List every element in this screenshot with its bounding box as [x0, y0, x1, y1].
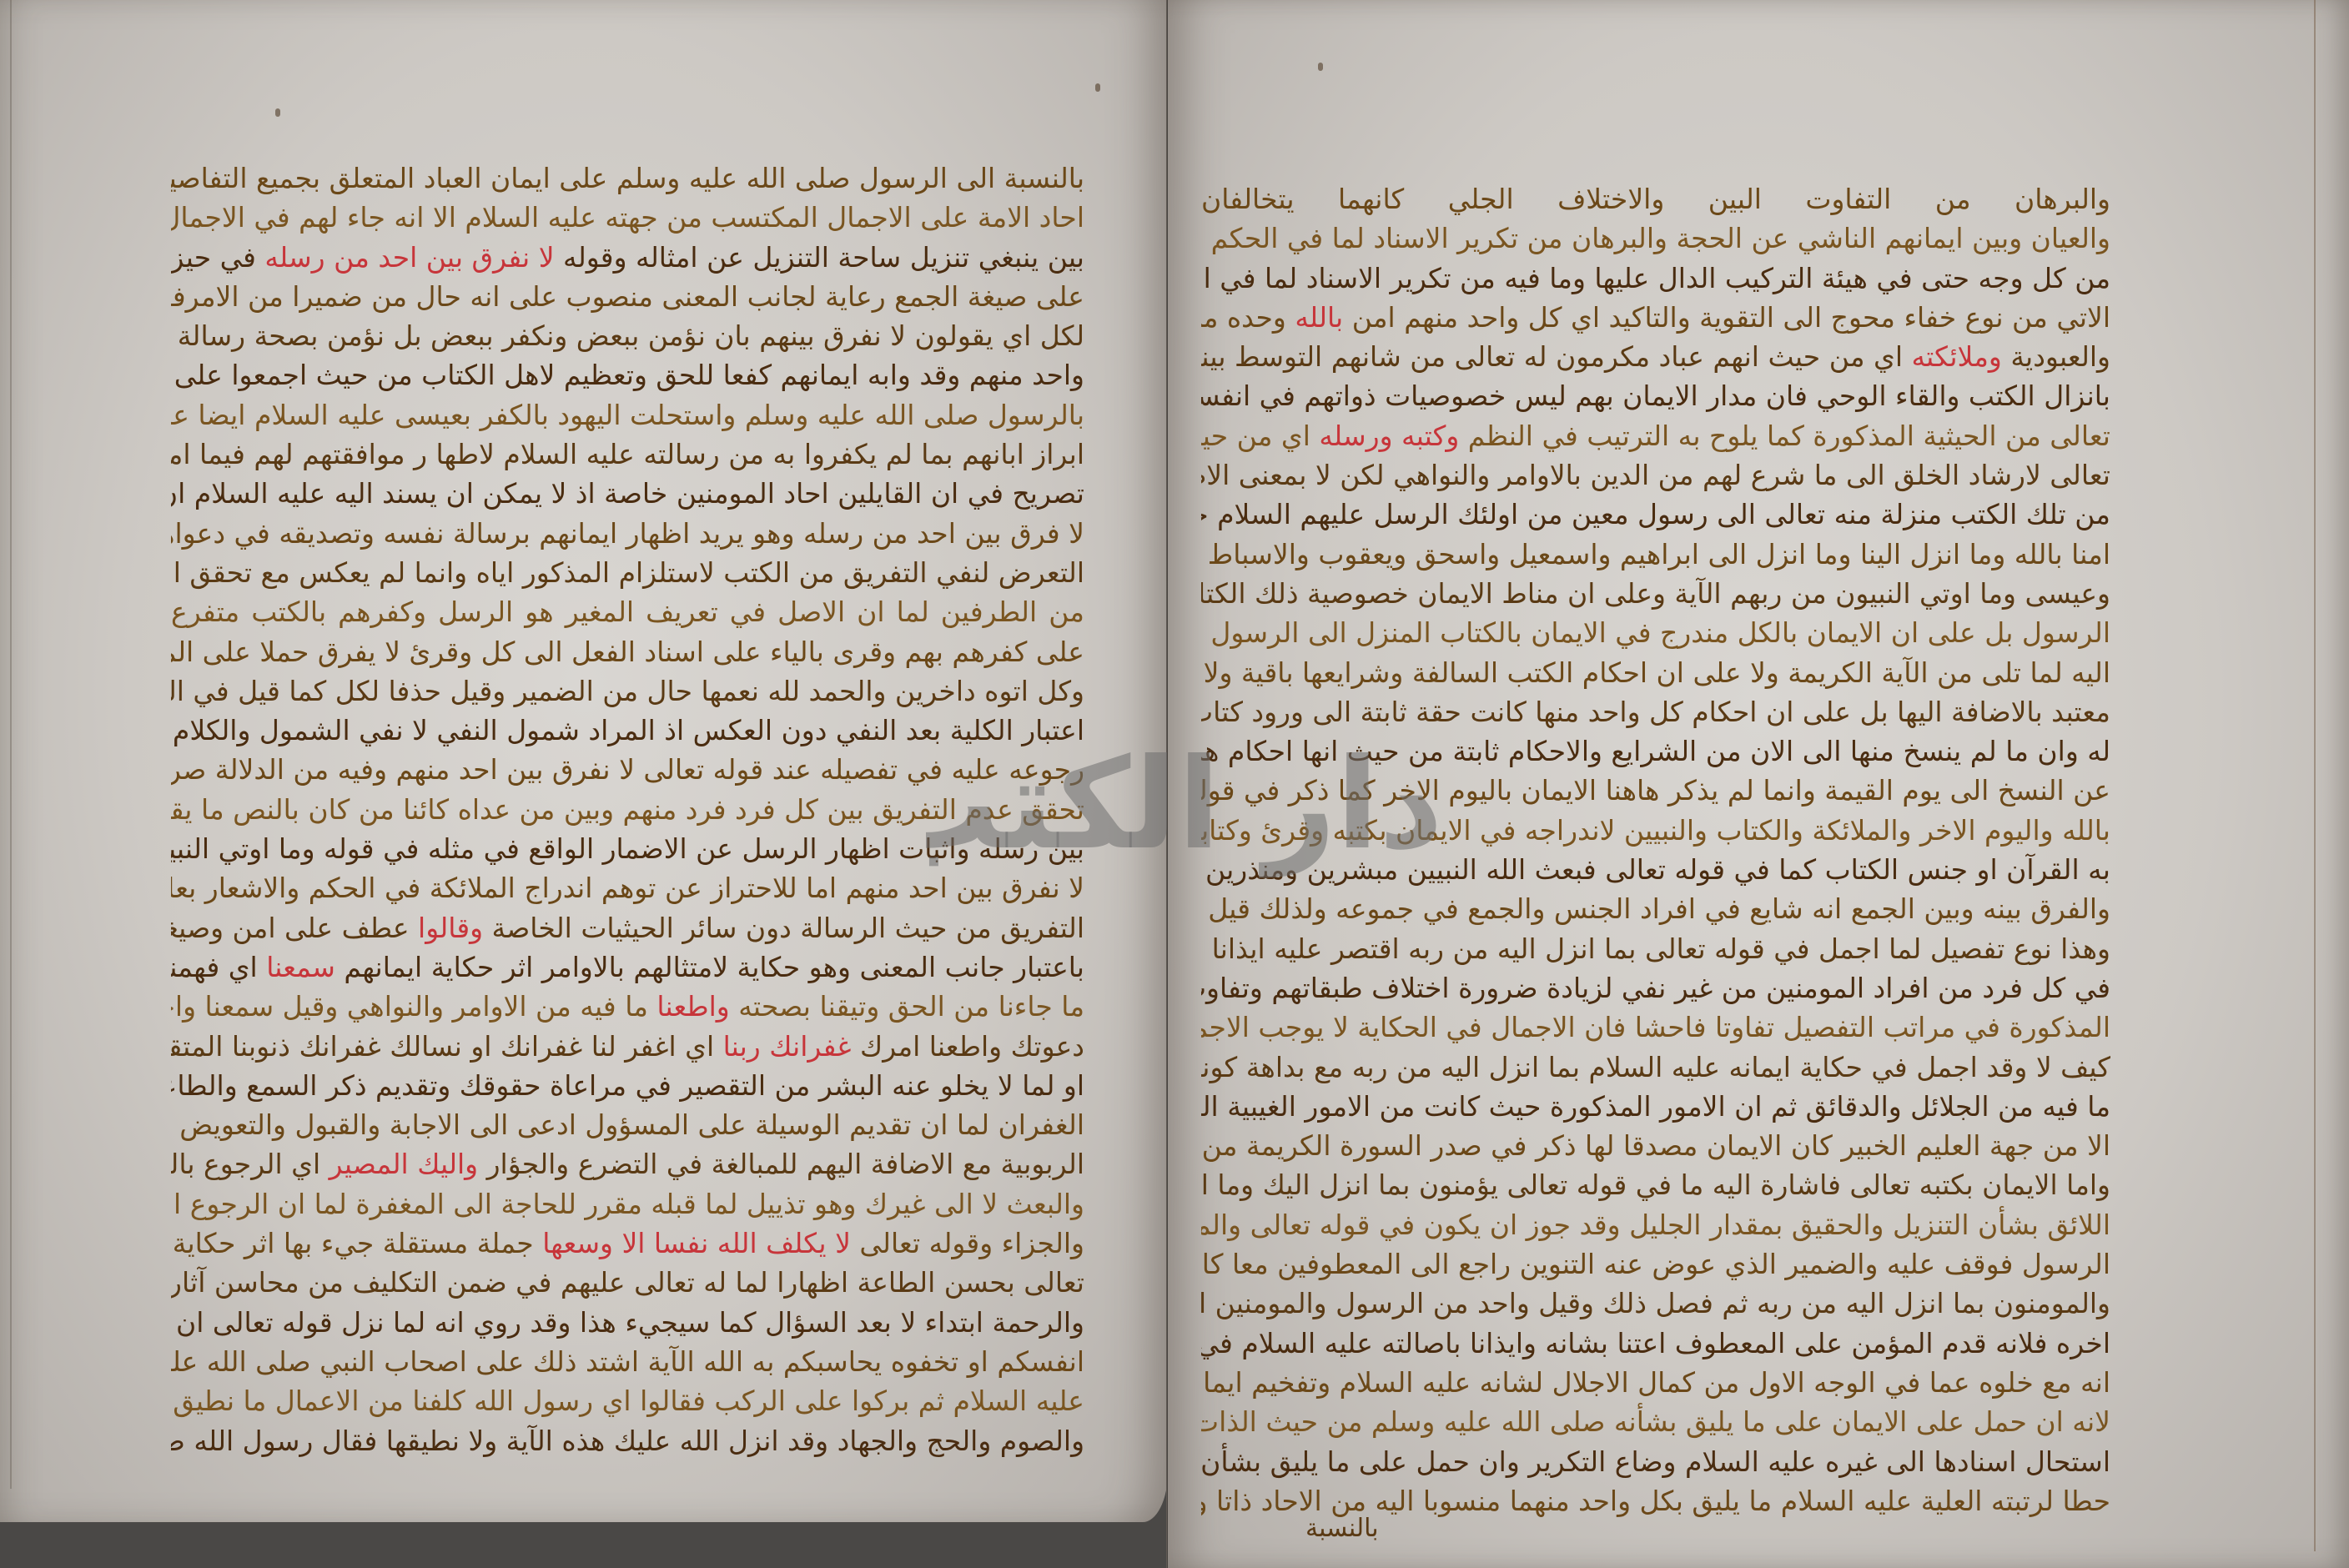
rubricated-text: واليك المصير [320, 1148, 478, 1180]
manuscript-line: باعتبار جانب المعنى وهو حكاية لامتثالهم … [171, 947, 1084, 987]
line-text: باعتبار جانب المعنى وهو حكاية لامتثالهم … [335, 951, 1084, 983]
manuscript-line: على صيغة الجمع رعاية لجانب المعنى منصوب … [171, 277, 1084, 316]
manuscript-line: وكل اتوه داخرين والحمد لله نعمها حال من … [171, 671, 1084, 711]
line-text: والصوم والحج والجهاد وقد انزل الله عليك … [171, 1425, 1084, 1457]
manuscript-line: والبرهان من التفاوت البين والاختلاف الجل… [1201, 179, 2110, 219]
line-text: لكل اي يقولون لا نفرق بينهم بان نؤمن ببع… [171, 319, 1084, 352]
manuscript-line: الربوبية مع الاضافة اليهم للمبالغة في ال… [171, 1144, 1084, 1184]
line-text: بالرسول صلى الله عليه وسلم واستحلت اليهو… [171, 399, 1084, 431]
manuscript-line: والعبودية وملائكته اي من حيث انهم عباد م… [1201, 337, 2110, 376]
line-text: انفسكم او تخفوه يحاسبكم به الله الآية اش… [171, 1345, 1084, 1378]
manuscript-line: اليه لما تلى من الآية الكريمة ولا على ان… [1201, 653, 2110, 692]
line-text: اخره فلانه قدم المؤمن على المعطوف اعتنا … [1201, 1327, 2110, 1359]
line-text-after: اي فهمنا [171, 951, 258, 983]
line-text: الغفران لما ان تقديم الوسيلة على المسؤول… [171, 1108, 1084, 1141]
line-text-after: جملة مستقلة جيء بها اثر حكاية تلقيهم لتك… [171, 1227, 534, 1259]
manuscript-line: انه مع خلوه عما في الوجه الاول من كمال ا… [1201, 1363, 2110, 1402]
manuscript-line: او لما لا يخلو عنه البشر من التقصير في م… [171, 1066, 1084, 1105]
line-text: اللائق بشأن التنزيل والحقيق بمقدار الجلي… [1201, 1209, 2110, 1241]
manuscript-line: التفريق من حيث الرسالة دون سائر الحيثيات… [171, 908, 1084, 947]
line-text: والبرهان من التفاوت البين والاختلاف الجل… [1201, 183, 2110, 215]
manuscript-line: والبعث لا الى غيرك وهو تذييل لما قبله مق… [171, 1184, 1084, 1224]
line-text: واحد منهم وقد وابه ايمانهم كفعا للحق وتع… [171, 359, 1084, 391]
line-text: والبعث لا الى غيرك وهو تذييل لما قبله مق… [171, 1188, 1084, 1220]
line-text: والفرق بينه وبين الجمع انه شايع في افراد… [1201, 892, 2110, 925]
line-text: من كل وجه حتى في هيئة التركيب الدال عليه… [1201, 262, 2110, 294]
line-text: او لما لا يخلو عنه البشر من التقصير في م… [171, 1069, 1084, 1102]
manuscript-line: بالرسول صلى الله عليه وسلم واستحلت اليهو… [171, 395, 1084, 435]
manuscript-line: والجزاء وقوله تعالى لا يكلف الله نفسا ال… [171, 1224, 1084, 1263]
manuscript-line: اخره فلانه قدم المؤمن على المعطوف اعتنا … [1201, 1324, 2110, 1363]
line-text: ابراز ابانهم بما لم يكفروا به من رسالته … [171, 438, 1084, 470]
line-text: الربوبية مع الاضافة اليهم للمبالغة في ال… [478, 1148, 1084, 1180]
line-text: انه مع خلوه عما في الوجه الاول من كمال ا… [1201, 1366, 2110, 1399]
manuscript-line: انفسكم او تخفوه يحاسبكم به الله الآية اش… [171, 1342, 1084, 1381]
line-text: دعوتك واطعنا امرك [852, 1030, 1084, 1063]
manuscript-line: والفرق بينه وبين الجمع انه شايع في افراد… [1201, 889, 2110, 928]
line-text-after: اي الرجوع بالموت [171, 1148, 320, 1180]
rubricated-text: وكتبه ورسله [1310, 420, 1459, 452]
manuscript-line: تعالى لارشاد الخلق الى ما شرع لهم من الد… [1201, 455, 2110, 495]
manuscript-line: عليه السلام ثم بركوا على الركب فقالوا اي… [171, 1381, 1084, 1420]
line-text: معتبد بالاضافة اليها بل على ان احكام كل … [1201, 696, 2110, 728]
line-text-after: اي من حيث مجيئها من عنده [1201, 420, 1310, 452]
open-manuscript: بالنسبة الى الرسول صلى الله عليه وسلم عل… [0, 0, 2349, 1568]
ink-speck [275, 108, 280, 117]
line-text-after: ما فيه من الاوامر والنواهي وقيل سمعنا وا… [171, 990, 648, 1023]
line-text: وعيسى وما اوتي النبيون من ربهم الآية وعل… [1201, 577, 2110, 610]
line-text: والجزاء وقوله تعالى [851, 1227, 1084, 1259]
line-text: تعالى بحسن الطاعة اظهارا لما له تعالى عل… [171, 1266, 1084, 1299]
line-text: والعيان وبين ايمانهم الناشي عن الحجة وال… [1201, 222, 2110, 254]
line-text: على كفرهم بهم وقرى بالياء على اسناد الفع… [171, 636, 1084, 668]
manuscript-line: ما جاءنا من الحق وتيقنا بصحته واطعنا ما … [171, 987, 1084, 1026]
manuscript-line: تصريح في ان القايلين احاد المومنين خاصة … [171, 474, 1084, 513]
manuscript-line: بين ينبغي تنزيل ساحة التنزيل عن امثاله و… [171, 238, 1084, 277]
line-text: استحال اسنادها الى غيره عليه السلام وضاع… [1201, 1445, 2110, 1478]
rubricated-text: وملائكته [1903, 340, 2002, 373]
line-text: وكل اتوه داخرين والحمد لله نعمها حال من … [171, 675, 1084, 707]
line-text-after: وحده من غير شريك له في الالوهية [1201, 301, 1286, 334]
manuscript-line: وهذا نوع تفصيل لما اجمل في قوله تعالى بم… [1201, 929, 2110, 968]
line-text: احاد الامة على الاجمال المكتسب من جهته ع… [171, 201, 1084, 234]
rubricated-text: وقالوا [410, 912, 484, 944]
line-text: حطا لرتبته العلية عليه السلام ما يليق بك… [1201, 1485, 2110, 1517]
manuscript-line: والعيان وبين ايمانهم الناشي عن الحجة وال… [1201, 219, 2110, 258]
line-text: اليه لما تلى من الآية الكريمة ولا على ان… [1201, 656, 2110, 689]
ink-speck [1318, 63, 1323, 71]
line-text: من تلك الكتب منزلة منه تعالى الى رسول مع… [1201, 498, 2110, 530]
rubricated-text: واطعنا [648, 990, 730, 1023]
line-text: تعالى لارشاد الخلق الى ما شرع لهم من الد… [1201, 459, 2110, 491]
rubricated-text: سمعنا [258, 951, 335, 983]
line-text: والمومنون بما انزل اليه من ربه ثم فصل ذل… [1201, 1287, 2110, 1319]
manuscript-line: والصوم والحج والجهاد وقد انزل الله عليك … [171, 1421, 1084, 1460]
manuscript-line: كيف لا وقد اجمل في حكاية ايمانه عليه الس… [1201, 1048, 2110, 1087]
manuscript-line: من كل وجه حتى في هيئة التركيب الدال عليه… [1201, 259, 2110, 298]
manuscript-line: الا من جهة العليم الخبير كان الايمان مصد… [1201, 1126, 2110, 1165]
line-text: التعرض لنفي التفريق من الكتب لاستلزام ال… [171, 556, 1084, 589]
manuscript-line: المذكورة في مراتب التفصيل تفاوتا فاحشا ف… [1201, 1008, 2110, 1047]
rubricated-text: لا نفرق بين احد من رسله [256, 241, 555, 274]
manuscript-line: لانه ان حمل على الايمان على ما يليق بشأن… [1201, 1402, 2110, 1441]
line-text: الا من جهة العليم الخبير كان الايمان مصد… [1201, 1129, 2110, 1162]
line-text: كيف لا وقد اجمل في حكاية ايمانه عليه الس… [1201, 1051, 2110, 1083]
manuscript-line: امنا بالله وما انزل الينا وما انزل الى ا… [1201, 535, 2110, 574]
manuscript-line: على كفرهم بهم وقرى بالياء على اسناد الفع… [171, 632, 1084, 671]
line-text: على صيغة الجمع رعاية لجانب المعنى منصوب … [171, 280, 1084, 313]
ink-speck [1095, 83, 1100, 92]
manuscript-line: في كل فرد من افراد المومنين من غير نفي ل… [1201, 968, 2110, 1008]
manuscript-line: لكل اي يقولون لا نفرق بينهم بان نؤمن ببع… [171, 316, 1084, 355]
line-text: بانزال الكتب والقاء الوحي فان مدار الايم… [1201, 379, 2110, 412]
line-text: عليه السلام ثم بركوا على الركب فقالوا اي… [171, 1385, 1084, 1417]
manuscript-line: اللائق بشأن التنزيل والحقيق بمقدار الجلي… [1201, 1205, 2110, 1244]
line-text: الاتي من نوع خفاء محوج الى التقوية والتا… [1343, 301, 2110, 334]
manuscript-line: تعالى بحسن الطاعة اظهارا لما له تعالى عل… [171, 1263, 1084, 1302]
manuscript-line: لا فرق بين احد من رسله وهو يريد اظهار اي… [171, 514, 1084, 553]
line-text: الرسول فوقف عليه والضمير الذي عوض عنه ال… [1201, 1248, 2110, 1280]
catchword: بالنسبة [1305, 1514, 1379, 1543]
rubricated-text: بالله [1286, 301, 1343, 334]
manuscript-line: والمومنون بما انزل اليه من ربه ثم فصل ذل… [1201, 1284, 2110, 1323]
line-text: والعبودية [2002, 340, 2110, 373]
line-text-after: اي من حيث انهم عباد مكرمون له تعالى من ش… [1201, 340, 1903, 373]
manuscript-line: من الطرفين لما ان الاصل في تعريف المغير … [171, 592, 1084, 631]
line-text: التفريق من حيث الرسالة دون سائر الحيثيات… [483, 912, 1084, 944]
line-text: المذكورة في مراتب التفصيل تفاوتا فاحشا ف… [1201, 1011, 2110, 1043]
manuscript-line: ابراز ابانهم بما لم يكفروا به من رسالته … [171, 435, 1084, 474]
line-text: الرسول بل على ان الايمان بالكل مندرج في … [1201, 616, 2110, 649]
line-text: لا فرق بين احد من رسله وهو يريد اظهار اي… [171, 517, 1084, 550]
line-text: في كل فرد من افراد المومنين من غير نفي ل… [1201, 972, 2110, 1004]
line-text: والرحمة ابتداء لا بعد السؤال كما سيجيء ه… [171, 1306, 1084, 1339]
manuscript-line: احاد الامة على الاجمال المكتسب من جهته ع… [171, 198, 1084, 237]
manuscript-line: الاتي من نوع خفاء محوج الى التقوية والتا… [1201, 298, 2110, 337]
manuscript-line: الرسول بل على ان الايمان بالكل مندرج في … [1201, 613, 2110, 652]
rubricated-text: لا يكلف الله نفسا الا وسعها [534, 1227, 851, 1259]
line-text: بين ينبغي تنزيل ساحة التنزيل عن امثاله و… [555, 241, 1084, 274]
line-text-after: عطف على امن وصيغة الجمع [171, 912, 410, 944]
manuscript-line: بالنسبة الى الرسول صلى الله عليه وسلم عل… [171, 158, 1084, 198]
line-text: ما فيه من الجلائل والدقائق ثم ان الامور … [1201, 1090, 2110, 1123]
manuscript-line: واما الايمان بكتبه تعالى فاشارة اليه ما … [1201, 1165, 2110, 1204]
manuscript-line: وعيسى وما اوتي النبيون من ربهم الآية وعل… [1201, 574, 2110, 613]
line-text-after: اي اغفر لنا غفرانك او نسالك غفرانك ذنوبن… [171, 1030, 714, 1063]
manuscript-line: الغفران لما ان تقديم الوسيلة على المسؤول… [171, 1105, 1084, 1144]
manuscript-line: بانزال الكتب والقاء الوحي فان مدار الايم… [1201, 376, 2110, 415]
line-text: وهذا نوع تفصيل لما اجمل في قوله تعالى بم… [1201, 932, 2110, 965]
line-text: امنا بالله وما انزل الينا وما انزل الى ا… [1201, 538, 2110, 570]
manuscript-line: التعرض لنفي التفريق من الكتب لاستلزام ال… [171, 553, 1084, 592]
line-text: من الطرفين لما ان الاصل في تعريف المغير … [171, 596, 1084, 628]
line-text: ما جاءنا من الحق وتيقنا بصحته [730, 990, 1084, 1023]
manuscript-line: من تلك الكتب منزلة منه تعالى الى رسول مع… [1201, 495, 2110, 534]
manuscript-line: الرسول فوقف عليه والضمير الذي عوض عنه ال… [1201, 1244, 2110, 1284]
library-watermark: دار الكتب الوطنية [926, 726, 1443, 884]
line-text: بالنسبة الى الرسول صلى الله عليه وسلم عل… [171, 162, 1084, 194]
manuscript-line: تعالى من الحيثية المذكورة كما يلوح به ال… [1201, 416, 2110, 455]
line-text: لانه ان حمل على الايمان على ما يليق بشأن… [1201, 1405, 2110, 1438]
rubricated-text: غفرانك ربنا [714, 1030, 851, 1063]
line-text: واما الايمان بكتبه تعالى فاشارة اليه ما … [1201, 1168, 2110, 1201]
manuscript-line: واحد منهم وقد وابه ايمانهم كفعا للحق وتع… [171, 355, 1084, 395]
line-text-after: في حيز النصب بقول امقدر [171, 241, 256, 274]
manuscript-line: دعوتك واطعنا امرك غفرانك ربنا اي اغفر لن… [171, 1027, 1084, 1066]
line-text: تصريح في ان القايلين احاد المومنين خاصة … [171, 477, 1084, 510]
manuscript-line: ما فيه من الجلائل والدقائق ثم ان الامور … [1201, 1087, 2110, 1126]
manuscript-line: والرحمة ابتداء لا بعد السؤال كما سيجيء ه… [171, 1303, 1084, 1342]
line-text: تعالى من الحيثية المذكورة كما يلوح به ال… [1459, 420, 2110, 452]
manuscript-line: استحال اسنادها الى غيره عليه السلام وضاع… [1201, 1442, 2110, 1481]
